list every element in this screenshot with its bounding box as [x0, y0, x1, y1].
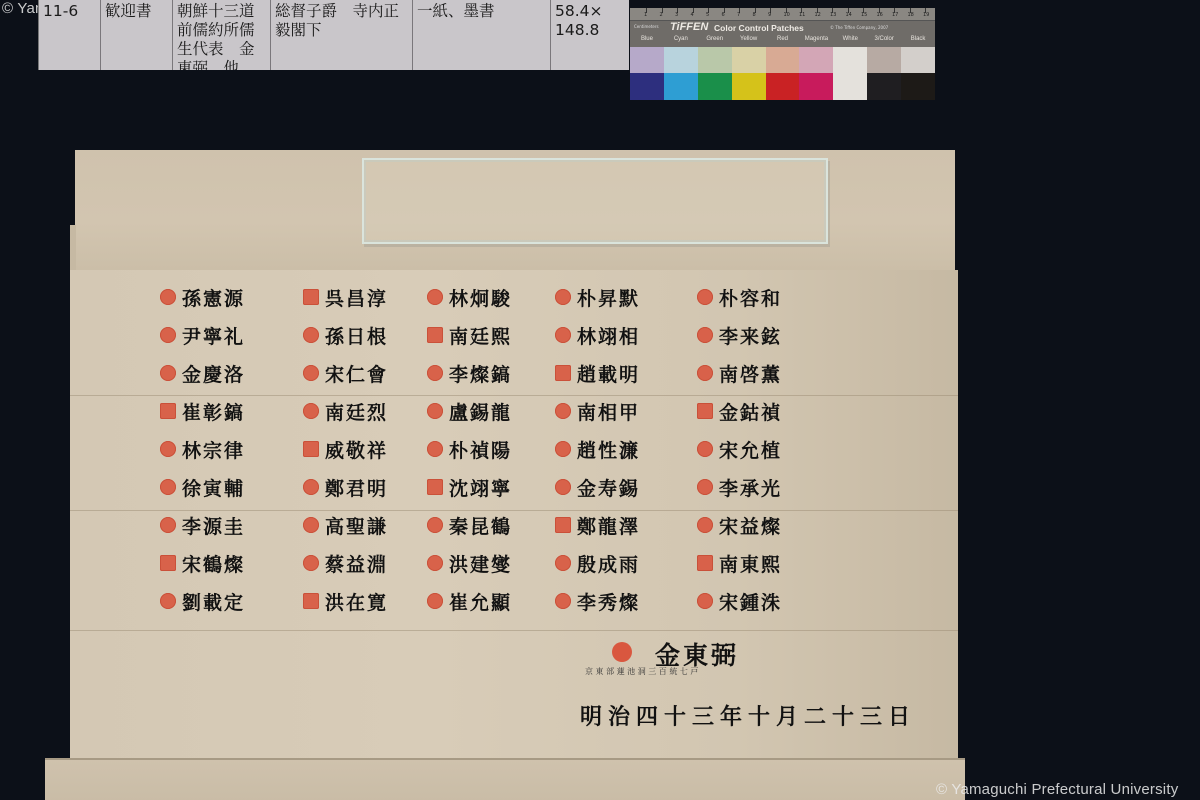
seal-stamp [697, 403, 713, 419]
seal-stamp [303, 403, 319, 419]
fold-line [70, 630, 958, 631]
signatory-entry: 南相甲 [522, 397, 640, 425]
seal-stamp [427, 555, 443, 571]
signatory-entry: 沈翊寧 [394, 473, 512, 501]
signatory-entry: 呉昌淳 [270, 283, 388, 311]
color-patch [833, 47, 867, 73]
ruler-number: 3 [675, 12, 678, 18]
signatory-name: 宋鍾洙 [719, 588, 782, 615]
ruler-number: 2 [660, 12, 663, 18]
signatory-entry: 高聖謙 [270, 511, 388, 539]
seal-stamp [303, 327, 319, 343]
color-patch [867, 47, 901, 73]
seal-stamp [427, 289, 443, 305]
seal-stamp [160, 289, 176, 305]
catalog-label: 11-6 歓迎書 朝鮮十三道 前儒約所儒 生代表 金 東弼 他104 総督子爵 … [38, 0, 629, 70]
signatory-name: 洪在寛 [325, 588, 388, 615]
seal-stamp [555, 289, 571, 305]
ruler-number: 9 [768, 12, 771, 18]
signatory-entry: 南啓薫 [652, 359, 782, 387]
seal-stamp [555, 555, 571, 571]
signatory-entry: 徐寅輔 [125, 473, 245, 501]
signatory-name: 劉載定 [182, 588, 245, 615]
fold-line [70, 395, 958, 396]
signatory-name: 秦昆鶴 [449, 512, 512, 539]
signatory-entry: 金慶洛 [125, 359, 245, 387]
signatory-name: 李秀燦 [577, 588, 640, 615]
signatory-name: 呉昌淳 [325, 284, 388, 311]
signatory-entry: 盧錫龍 [394, 397, 512, 425]
signatory-entry: 趙載明 [522, 359, 640, 387]
signatory-entry: 劉載定 [125, 587, 245, 615]
label-format: 一紙、墨書 [413, 0, 551, 70]
color-control-chart: 12345678910111213141516171819 Centimeter… [630, 8, 935, 100]
signatory-entry: 孫憲源 [125, 283, 245, 311]
signatory-name: 南廷烈 [325, 398, 388, 425]
ruler-number: 5 [706, 12, 709, 18]
signatory-name: 李源圭 [182, 512, 245, 539]
signatory-name: 鄭龍澤 [577, 512, 640, 539]
signatory-name: 林宗律 [182, 436, 245, 463]
seal-stamp [555, 517, 571, 533]
signatory-name: 南相甲 [577, 398, 640, 425]
color-patch [630, 73, 664, 100]
signatory-name: 孫日根 [325, 322, 388, 349]
seal-stamp [612, 642, 632, 662]
document-bottom-roll [45, 758, 965, 800]
ruler: 12345678910111213141516171819 [630, 8, 935, 21]
signatory-entry: 崔彰鎬 [125, 397, 245, 425]
ruler-number: 12 [815, 12, 821, 18]
signatory-name: 金寿錫 [577, 474, 640, 501]
seal-stamp [427, 593, 443, 609]
signatory-entry: 朴昇默 [522, 283, 640, 311]
signatory-name: 朴容和 [719, 284, 782, 311]
signatory-entry: 李燦鎬 [394, 359, 512, 387]
seal-stamp [555, 593, 571, 609]
patch-label: 3/Color [867, 36, 901, 46]
signatory-name: 趙載明 [577, 360, 640, 387]
seal-stamp [303, 479, 319, 495]
ruler-number: 19 [923, 12, 929, 18]
seal-stamp [303, 517, 319, 533]
ruler-number: 4 [691, 12, 694, 18]
signatory-name: 朴昇默 [577, 284, 640, 311]
signatory-entry: 李承光 [652, 473, 782, 501]
signatory-entry: 李来鉉 [652, 321, 782, 349]
color-patch [698, 47, 732, 73]
signatory-name: 宋允植 [719, 436, 782, 463]
seal-stamp [303, 555, 319, 571]
signatory-entry: 威敬祥 [270, 435, 388, 463]
signatory-entry: 洪在寛 [270, 587, 388, 615]
signatory-entry: 南廷熙 [394, 321, 512, 349]
signatory-entry: 金寿錫 [522, 473, 640, 501]
ruler-unit-label: Centimeters [634, 24, 659, 29]
seal-stamp [697, 365, 713, 381]
signatory-entry: 朴容和 [652, 283, 782, 311]
label-recipient: 総督子爵 寺内正 毅閣下 [271, 0, 413, 70]
signatory-name: 蔡益淵 [325, 550, 388, 577]
signatory-entry: 林翊相 [522, 321, 640, 349]
seal-stamp [555, 365, 571, 381]
signatory-name: 南啓薫 [719, 360, 782, 387]
signatory-name: 南東熙 [719, 550, 782, 577]
seal-stamp [697, 441, 713, 457]
patch-label: Black [901, 36, 935, 46]
seal-stamp [555, 403, 571, 419]
seal-stamp [697, 593, 713, 609]
seal-stamp [303, 441, 319, 457]
ruler-number: 11 [799, 12, 805, 18]
signatory-name: 宋益燦 [719, 512, 782, 539]
dark-patch-row [630, 73, 935, 100]
signatory-entry: 蔡益淵 [270, 549, 388, 577]
color-patch [901, 47, 935, 73]
signatory-name: 宋仁會 [325, 360, 388, 387]
seal-stamp [160, 327, 176, 343]
color-patch [867, 73, 901, 100]
ruler-number: 1 [644, 12, 647, 18]
patch-label: White [833, 36, 867, 46]
signatory-name: 洪建燮 [449, 550, 512, 577]
label-number: 11-6 [39, 0, 101, 70]
signatory-name: 趙性濂 [577, 436, 640, 463]
seal-stamp [697, 517, 713, 533]
light-patch-row [630, 47, 935, 73]
patch-label: Green [698, 36, 732, 46]
ruler-number: 13 [830, 12, 836, 18]
signatory-entry: 宋益燦 [652, 511, 782, 539]
ruler-number: 8 [753, 12, 756, 18]
seal-stamp [303, 593, 319, 609]
color-patch [664, 73, 698, 100]
patch-label: Magenta [799, 36, 833, 46]
signatory-name: 金鈷禎 [719, 398, 782, 425]
signatory-name: 林炯駿 [449, 284, 512, 311]
signatory-entry: 殷成雨 [522, 549, 640, 577]
glass-weight [362, 158, 828, 244]
signatory-entry: 秦昆鶴 [394, 511, 512, 539]
ruler-number: 7 [737, 12, 740, 18]
color-patch [901, 73, 935, 100]
patch-label: Red [766, 36, 800, 46]
signatory-entry: 宋仁會 [270, 359, 388, 387]
ruler-number: 18 [908, 12, 914, 18]
label-size: 58.4× 148.8 [551, 0, 629, 70]
seal-stamp [697, 289, 713, 305]
signatory-name: 威敬祥 [325, 436, 388, 463]
seal-stamp [697, 479, 713, 495]
signatory-name: 高聖謙 [325, 512, 388, 539]
color-patch [630, 47, 664, 73]
signatory-entry: 鄭龍澤 [522, 511, 640, 539]
copyright-watermark-bottom: © Yamaguchi Prefectural University [936, 781, 1178, 798]
seal-stamp [160, 517, 176, 533]
signatory-name: 沈翊寧 [449, 474, 512, 501]
patch-label: Yellow [732, 36, 766, 46]
seal-stamp [160, 441, 176, 457]
color-patch [799, 73, 833, 100]
color-patch [766, 47, 800, 73]
color-patch [664, 47, 698, 73]
signatory-name: 南廷熙 [449, 322, 512, 349]
ruler-number: 15 [861, 12, 867, 18]
document-date: 明治四十三年十月二十三日 [580, 700, 916, 731]
seal-stamp [427, 479, 443, 495]
signatory-name: 殷成雨 [577, 550, 640, 577]
signatory-entry: 孫日根 [270, 321, 388, 349]
signatory-entry: 南東熙 [652, 549, 782, 577]
signatory-entry: 洪建燮 [394, 549, 512, 577]
signatory-entry: 鄭君明 [270, 473, 388, 501]
color-patch [766, 73, 800, 100]
signatory-entry: 宋鶴燦 [125, 549, 245, 577]
patch-label: Cyan [664, 36, 698, 46]
signatory-name: 金慶洛 [182, 360, 245, 387]
seal-stamp [427, 365, 443, 381]
seal-stamp [427, 403, 443, 419]
signatory-name: 朴禎陽 [449, 436, 512, 463]
ruler-number: 14 [846, 12, 852, 18]
signatory-entry: 崔允顯 [394, 587, 512, 615]
color-patch [732, 47, 766, 73]
signatory-entry: 李源圭 [125, 511, 245, 539]
seal-stamp [427, 327, 443, 343]
seal-stamp [697, 327, 713, 343]
seal-stamp [555, 441, 571, 457]
tiffen-logo: TiFFEN [670, 21, 708, 33]
signatory-entry: 宋允植 [652, 435, 782, 463]
signatory-entry: 宋鍾洙 [652, 587, 782, 615]
color-patch [732, 73, 766, 100]
seal-stamp [160, 365, 176, 381]
signatory-name: 孫憲源 [182, 284, 245, 311]
seal-stamp [160, 403, 176, 419]
ruler-number: 10 [784, 12, 790, 18]
signatory-name: 鄭君明 [325, 474, 388, 501]
ruler-number: 6 [722, 12, 725, 18]
signatory-entry: 林宗律 [125, 435, 245, 463]
signatory-entry: 金鈷禎 [652, 397, 782, 425]
seal-stamp [160, 555, 176, 571]
seal-stamp [303, 289, 319, 305]
signatory-entry: 趙性濂 [522, 435, 640, 463]
signatory-name: 崔彰鎬 [182, 398, 245, 425]
document-edge [70, 225, 76, 270]
seal-stamp [555, 479, 571, 495]
signatory-name: 徐寅輔 [182, 474, 245, 501]
label-author: 朝鮮十三道 前儒約所儒 生代表 金 東弼 他104 [173, 0, 271, 70]
seal-stamp [427, 517, 443, 533]
seal-stamp [555, 327, 571, 343]
signatory-name: 李来鉉 [719, 322, 782, 349]
label-title: 歓迎書 [101, 0, 173, 70]
patch-label: Blue [630, 36, 664, 46]
signatory-entry: 林炯駿 [394, 283, 512, 311]
ruler-number: 16 [877, 12, 883, 18]
patch-labels: Blue Cyan Green Yellow Red Magenta White… [630, 36, 935, 46]
color-patch [833, 73, 867, 100]
seal-stamp [160, 479, 176, 495]
signatory-name: 李燦鎬 [449, 360, 512, 387]
seal-stamp [697, 555, 713, 571]
chart-title: Color Control Patches [714, 23, 804, 33]
signatory-name: 尹寧礼 [182, 322, 245, 349]
signatory-name: 崔允顯 [449, 588, 512, 615]
signatory-name: 李承光 [719, 474, 782, 501]
signatory-name: 宋鶴燦 [182, 550, 245, 577]
seal-stamp [303, 365, 319, 381]
color-patch [799, 47, 833, 73]
chart-copyright: © The Tiffen Company, 2007 [830, 25, 888, 30]
seal-stamp [427, 441, 443, 457]
signatory-entry: 朴禎陽 [394, 435, 512, 463]
signatory-entry: 尹寧礼 [125, 321, 245, 349]
signatory-name: 盧錫龍 [449, 398, 512, 425]
signatory-entry: 南廷烈 [270, 397, 388, 425]
seal-stamp [160, 593, 176, 609]
signatory-entry: 李秀燦 [522, 587, 640, 615]
ruler-number: 17 [892, 12, 898, 18]
final-signatory-note: 京 東 部 蓮 池 洞 三 百 統 七 戸 [585, 666, 698, 677]
signatory-name: 林翊相 [577, 322, 640, 349]
color-patch [698, 73, 732, 100]
